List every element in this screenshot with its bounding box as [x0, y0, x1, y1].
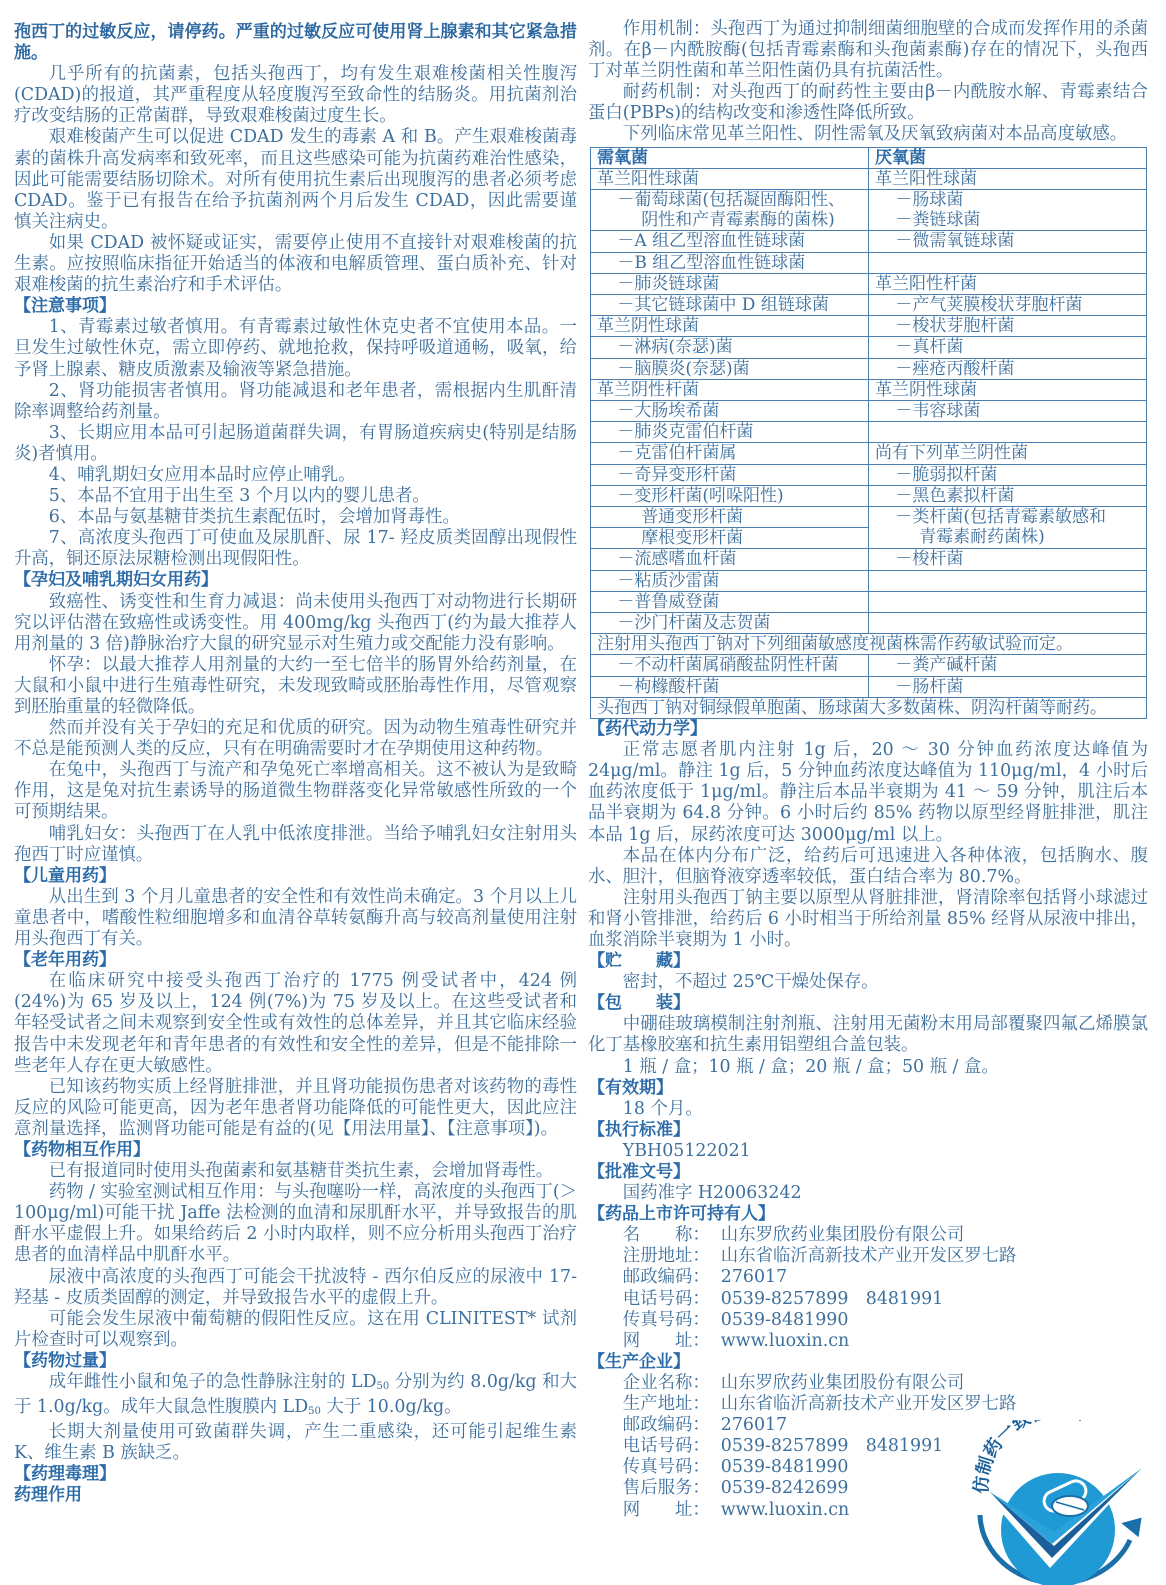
bacteria-name: 阴性和产青霉素酶的菌株) [597, 210, 868, 230]
right-column: 作用机制：头孢西丁为通过抑制细菌细胞壁的合成而发挥作用的杀菌剂。在β－内酰胺酶(… [588, 19, 1148, 1521]
anaerobe-cell: －肠球菌－粪链球菌 [869, 189, 1147, 230]
info-value: 山东罗欣药业集团股份有限公司 [721, 1225, 964, 1245]
resistance-paragraph: 耐药机制：对头孢西丁的耐药性主要由β－内酰胺水解、青霉素结合蛋白(PBPs)的结… [588, 82, 1148, 124]
standard-code: YBH05122021 [588, 1141, 1148, 1162]
variable-bacteria-cell: －肠杆菌 [869, 676, 1147, 697]
bacteria-name: －脑膜炎(奈瑟)菌 [597, 359, 868, 379]
table-row: －流感嗜血杆菌－梭杆菌 [591, 549, 1147, 570]
bacteria-name: －变形杆菌(吲哚阳性) [597, 486, 868, 506]
section-title-pediatric: 【儿童用药】 [14, 866, 577, 887]
bacteria-name: －韦容球菌 [875, 401, 1146, 421]
bacteria-name: －其它链球菌中 D 组链球菌 [597, 295, 868, 315]
precaution-item: 6、本品与氨基糖苷类抗生素配伍时，会增加肾毒性。 [14, 507, 577, 528]
bacteria-name: 尚有下列革兰阴性菌 [875, 443, 1146, 463]
info-row: 电话号码：0539-8257899 8481991 [588, 1289, 1148, 1310]
pregnancy-paragraph: 然而并没有关于孕妇的充足和优质的研究。因为动物生殖毒性研究并不总是能预测人类的反… [14, 718, 577, 760]
aerobe-cell: 革兰阴性球菌 [591, 316, 869, 337]
resistant-bacteria-note: 头孢西丁钠对铜绿假单胞菌、肠球菌大多数菌株、阴沟杆菌等耐药。 [591, 697, 1147, 718]
bacteria-name: 革兰阳性球菌 [875, 169, 1146, 189]
section-title-interactions: 【药物相互作用】 [14, 1140, 577, 1161]
table-row: －肺炎克雷伯杆菌 [591, 422, 1147, 443]
table-row: －粘质沙雷菌 [591, 570, 1147, 591]
table-row: －淋病(奈瑟)菌－真杆菌 [591, 337, 1147, 358]
info-value: 山东省临沂高新技术产业开发区罗七路 [721, 1394, 1017, 1414]
bacteria-name: 革兰阴性球菌 [875, 380, 1146, 400]
aerobe-cell: －B 组乙型溶血性链球菌 [591, 252, 869, 273]
overdose-paragraph: 成年雌性小鼠和兔子的急性静脉注射的 LD50 分别为约 8.0g/kg 和大于 … [14, 1372, 577, 1422]
bacteria-name: －粪产碱杆菌 [875, 655, 1146, 675]
table-row: －普鲁威登菌 [591, 591, 1147, 612]
aerobe-cell: －沙门杆菌及志贺菌 [591, 613, 869, 634]
table-row: －葡萄球菌(包括凝固酶阳性、阴性和产青霉素酶的菌株)－肠球菌－粪链球菌 [591, 189, 1147, 230]
info-value: 山东省临沂高新技术产业开发区罗七路 [721, 1246, 1017, 1266]
anaerobe-cell: －真杆菌 [869, 337, 1147, 358]
table-row: －脑膜炎(奈瑟)菌－痤疮丙酸杆菌 [591, 358, 1147, 379]
aerobe-cell: －脑膜炎(奈瑟)菌 [591, 358, 869, 379]
info-value: 山东罗欣药业集团股份有限公司 [721, 1373, 964, 1393]
bacteria-name: －产气荚膜梭状芽胞杆菌 [875, 295, 1146, 315]
geriatric-paragraph: 已知该药物实质上经肾脏排泄，并且肾功能损伤患者对该药物的毒性反应的风险可能更高，… [14, 1077, 577, 1140]
precaution-item: 2、肾功能损害者慎用。肾功能减退和老年患者，需根据内生肌酐清除率调整给药剂量。 [14, 381, 577, 423]
bacteria-name: －类杆菌(包括青霉素敏感和 [875, 507, 1146, 527]
aerobe-cell: －肺炎链球菌 [591, 273, 869, 294]
info-row: 注册地址：山东省临沂高新技术产业开发区罗七路 [588, 1246, 1148, 1267]
pregnancy-paragraph: 致癌性、诱变性和生育力减退：尚未使用头孢西丁对动物进行长期研究以评估潜在致癌性或… [14, 592, 577, 655]
anaerobe-cell: －韦容球菌 [869, 401, 1147, 422]
subsection-title-pharmacodynamics: 药理作用 [14, 1485, 577, 1506]
aerobe-cell: －A 组乙型溶血性链球菌 [591, 231, 869, 252]
anaerobe-cell: －类杆菌(包括青霉素敏感和青霉素耐药菌株) [869, 507, 1147, 549]
section-title-approval: 【批准文号】 [588, 1162, 1148, 1183]
table-row: 革兰阴性球菌－梭状芽胞杆菌 [591, 316, 1147, 337]
info-value: 0539-8481990 [721, 1457, 849, 1477]
info-value: 0539-8242699 [721, 1478, 849, 1498]
info-label: 注册地址： [623, 1246, 721, 1267]
pk-paragraph: 正常志愿者肌内注射 1g 后，20 ～ 30 分钟血药浓度达峰值为 24μg/m… [588, 740, 1148, 845]
overdose-text: 成年雌性小鼠和兔子的急性静脉注射的 LD [49, 1372, 377, 1392]
aerobe-cell: 摩根变形杆菌 [591, 528, 869, 549]
aerobe-cell: 革兰阳性球菌 [591, 168, 869, 189]
approval-number: 国药准字 H20063242 [588, 1183, 1148, 1204]
cdad-paragraph: 几乎所有的抗菌素，包括头孢西丁，均有发生艰难梭菌相关性腹泻(CDAD)的报道，其… [14, 64, 577, 127]
info-row: 传真号码：0539-8481990 [588, 1310, 1148, 1331]
precaution-item: 4、哺乳期妇女应用本品时应停止哺乳。 [14, 465, 577, 486]
table-row: －其它链球菌中 D 组链球菌－产气荚膜梭状芽胞杆菌 [591, 294, 1147, 315]
variable-bacteria-cell: －不动杆菌属硝酸盐阴性杆菌 [591, 655, 869, 676]
table-row: －B 组乙型溶血性链球菌 [591, 252, 1147, 273]
anaerobe-cell: 革兰阳性杆菌 [869, 273, 1147, 294]
left-column: 孢西丁的过敏反应，请停药。严重的过敏反应可使用肾上腺素和其它紧急措施。 几乎所有… [14, 22, 577, 1507]
info-row: 网 址：www.luoxin.cn [588, 1331, 1148, 1352]
info-label: 邮政编码： [623, 1267, 721, 1288]
section-title-packaging: 【包 装】 [588, 993, 1148, 1014]
table-row: 头孢西丁钠对铜绿假单胞菌、肠球菌大多数菌株、阴沟杆菌等耐药。 [591, 697, 1147, 718]
anaerobe-cell [869, 422, 1147, 443]
anaerobe-cell: －痤疮丙酸杆菌 [869, 358, 1147, 379]
pregnancy-paragraph: 哺乳妇女：头孢西丁在人乳中低浓度排泄。当给予哺乳妇女注射用头孢西丁时应谨慎。 [14, 824, 577, 866]
bacteria-name: －梭杆菌 [875, 549, 1146, 569]
precaution-item: 5、本品不宜用于出生至 3 个月以内的婴儿患者。 [14, 486, 577, 507]
section-title-geriatric: 【老年用药】 [14, 950, 577, 971]
info-row: 邮政编码：276017 [588, 1267, 1148, 1288]
precaution-item: 1、青霉素过敏者慎用。有青霉素过敏性休克史者不宜使用本品。一旦发生过敏性休克，需… [14, 317, 577, 380]
mah-info-list: 名 称：山东罗欣药业集团股份有限公司注册地址：山东省临沂高新技术产业开发区罗七路… [588, 1225, 1148, 1352]
info-value: 0539-8481990 [721, 1310, 849, 1330]
bacteria-name: －肠杆菌 [875, 677, 1146, 697]
generic-drug-consistency-evaluation-badge-icon: 仿制药一致性评价 [960, 1420, 1160, 1585]
section-title-precautions: 【注意事项】 [14, 296, 577, 317]
bacteria-name: －梭状芽胞杆菌 [875, 316, 1146, 336]
info-row: 名 称：山东罗欣药业集团股份有限公司 [588, 1225, 1148, 1246]
packaging-sizes: 1 瓶 / 盒；10 瓶 / 盒；20 瓶 / 盒；50 瓶 / 盒。 [588, 1057, 1148, 1078]
aerobe-cell: －粘质沙雷菌 [591, 570, 869, 591]
bacteria-name: －真杆菌 [875, 337, 1146, 357]
pk-paragraph: 本品在体内分布广泛，给药后可迅速进入各种体液，包括胸水、腹水、胆汁，但脑脊液穿透… [588, 846, 1148, 888]
overdose-text: 大于 10.0g/kg。 [321, 1397, 462, 1417]
bacteria-name: －肠球菌 [875, 190, 1146, 210]
aerobe-cell: －肺炎克雷伯杆菌 [591, 422, 869, 443]
bacteria-name: －枸橼酸杆菌 [597, 677, 868, 697]
section-title-mah: 【药品上市许可持有人】 [588, 1204, 1148, 1225]
bacteria-name: －微需氧链球菌 [875, 231, 1146, 251]
bacteria-name: －淋病(奈瑟)菌 [597, 337, 868, 357]
info-label: 电话号码： [623, 1436, 721, 1457]
bacteria-name: －A 组乙型溶血性链球菌 [597, 231, 868, 251]
info-label: 传真号码： [623, 1457, 721, 1478]
aerobe-cell: 革兰阴性杆菌 [591, 379, 869, 400]
aerobe-cell: －大肠埃希菌 [591, 401, 869, 422]
anaerobe-cell: －梭杆菌 [869, 549, 1147, 570]
aerobe-cell: 普通变形杆菌 [591, 507, 869, 528]
bacteria-name: －葡萄球菌(包括凝固酶阳性、 [597, 190, 868, 210]
aerobe-cell: －其它链球菌中 D 组链球菌 [591, 294, 869, 315]
section-title-pregnancy: 【孕妇及哺乳期妇女用药】 [14, 570, 577, 591]
anaerobe-cell: －脆弱拟杆菌 [869, 464, 1147, 485]
interaction-paragraph: 尿液中高浓度的头孢西丁可能会干扰波特 - 西尔伯反应的尿液中 17- 羟基 - … [14, 1267, 577, 1309]
allergy-warning: 孢西丁的过敏反应，请停药。严重的过敏反应可使用肾上腺素和其它紧急措施。 [14, 22, 577, 64]
table-row: 革兰阳性球菌革兰阳性球菌 [591, 168, 1147, 189]
variable-bacteria-cell: －枸橼酸杆菌 [591, 676, 869, 697]
bacteria-name: －黑色素拟杆菌 [875, 486, 1146, 506]
anaerobe-cell: －产气荚膜梭状芽胞杆菌 [869, 294, 1147, 315]
bacteria-name: 摩根变形杆菌 [597, 528, 868, 548]
section-title-shelf-life: 【有效期】 [588, 1078, 1148, 1099]
ld50-subscript: 50 [377, 1381, 390, 1392]
geriatric-paragraph: 在临床研究中接受头孢西丁治疗的 1775 例受试者中，424 例(24%)为 6… [14, 971, 577, 1076]
bacteria-name: －不动杆菌属硝酸盐阴性杆菌 [597, 655, 868, 675]
aerobe-cell: －流感嗜血杆菌 [591, 549, 869, 570]
interaction-paragraph: 已有报道同时使用头孢菌素和氨基糖苷类抗生素，会增加肾毒性。 [14, 1161, 577, 1182]
bacteria-name: －普鲁威登菌 [597, 592, 868, 612]
table-row: 革兰阴性杆菌革兰阴性球菌 [591, 379, 1147, 400]
interaction-paragraph: 可能会发生尿液中葡萄糖的假阳性反应。这在用 CLINITEST* 试剂片检查时可… [14, 1309, 577, 1351]
aerobe-cell: －奇异变形杆菌 [591, 464, 869, 485]
anaerobe-cell: 革兰阳性球菌 [869, 168, 1147, 189]
info-label: 企业名称： [623, 1373, 721, 1394]
bacteria-name: －奇异变形杆菌 [597, 465, 868, 485]
bacteria-name: －大肠埃希菌 [597, 401, 868, 421]
variable-bacteria-cell: －粪产碱杆菌 [869, 655, 1147, 676]
overdose-paragraph: 长期大剂量使用可致菌群失调，产生二重感染，还可能引起维生素 K、维生素 B 族缺… [14, 1422, 577, 1464]
info-value: www.luoxin.cn [721, 1331, 849, 1351]
info-label: 售后服务： [623, 1478, 721, 1499]
bacteria-name: －粘质沙雷菌 [597, 571, 868, 591]
cdad-paragraph: 艰难梭菌产生可以促进 CDAD 发生的毒素 A 和 B。产生艰难梭菌毒素的菌株升… [14, 127, 577, 232]
section-title-pharmacology: 【药理毒理】 [14, 1464, 577, 1485]
anaerobe-cell: －黑色素拟杆菌 [869, 485, 1147, 506]
info-value: www.luoxin.cn [721, 1500, 849, 1520]
susceptibility-intro: 下列临床常见革兰阳性、阴性需氧及厌氧致病菌对本品高度敏感。 [588, 124, 1148, 145]
aerobe-cell: －克雷伯杆菌属 [591, 443, 869, 464]
info-label: 生产地址： [623, 1394, 721, 1415]
anaerobe-cell [869, 570, 1147, 591]
cdad-paragraph: 如果 CDAD 被怀疑或证实，需要停止使用不直接针对艰难梭菌的抗生素。应按照临床… [14, 233, 577, 296]
pediatric-paragraph: 从出生到 3 个月儿童患者的安全性和有效性尚未确定。3 个月以上儿童患者中，嗜酸… [14, 887, 577, 950]
info-label: 网 址： [623, 1500, 721, 1521]
section-title-standard: 【执行标准】 [588, 1120, 1148, 1141]
pk-paragraph: 注射用头孢西丁钠主要以原型从肾脏排泄，肾清除率包括肾小球滤过和肾小管排泄，给药后… [588, 888, 1148, 951]
table-row: －枸橼酸杆菌－肠杆菌 [591, 676, 1147, 697]
bacteria-susceptibility-table: 需氧菌 厌氧菌 革兰阳性球菌革兰阳性球菌－葡萄球菌(包括凝固酶阳性、阴性和产青霉… [590, 147, 1147, 719]
variable-susceptibility-note: 注射用头孢西丁钠对下列细菌敏感度视菌株需作药敏试验而定。 [591, 634, 1147, 655]
packaging-text: 中硼硅玻璃模制注射剂瓶、注射用无菌粉末用局部覆聚四氟乙烯膜氯化丁基橡胶塞和抗生素… [588, 1014, 1148, 1056]
bacteria-name: 革兰阳性杆菌 [875, 274, 1146, 294]
anaerobe-cell [869, 252, 1147, 273]
bacteria-name: 革兰阳性球菌 [597, 169, 868, 189]
table-row: －克雷伯杆菌属尚有下列革兰阴性菌 [591, 443, 1147, 464]
table-row: －奇异变形杆菌－脆弱拟杆菌 [591, 464, 1147, 485]
bacteria-name: 青霉素耐药菌株) [875, 527, 1146, 547]
info-label: 名 称： [623, 1225, 721, 1246]
pregnancy-paragraph: 怀孕：以最大推荐人用剂量的大约一至七倍半的肠胃外给药剂量，在大鼠和小鼠中进行生殖… [14, 655, 577, 718]
table-row: －A 组乙型溶血性链球菌－微需氧链球菌 [591, 231, 1147, 252]
bacteria-name: 普通变形杆菌 [597, 507, 868, 527]
anaerobe-cell: －微需氧链球菌 [869, 231, 1147, 252]
bacteria-name: －克雷伯杆菌属 [597, 443, 868, 463]
bacteria-name: －流感嗜血杆菌 [597, 549, 868, 569]
table-row: －肺炎链球菌革兰阳性杆菌 [591, 273, 1147, 294]
aerobe-cell: －淋病(奈瑟)菌 [591, 337, 869, 358]
aerobe-cell: －普鲁威登菌 [591, 591, 869, 612]
bacteria-name: －沙门杆菌及志贺菌 [597, 613, 868, 633]
table-row: －沙门杆菌及志贺菌 [591, 613, 1147, 634]
info-label: 电话号码： [623, 1289, 721, 1310]
bacteria-name: －B 组乙型溶血性链球菌 [597, 253, 868, 273]
bacteria-name: －痤疮丙酸杆菌 [875, 359, 1146, 379]
precaution-item: 7、高浓度头孢西丁可使血及尿肌酐、尿 17- 羟皮质类固醇出现假性升高，铜还原法… [14, 528, 577, 570]
bacteria-name: 革兰阴性球菌 [597, 316, 868, 336]
bacteria-name: －肺炎克雷伯杆菌 [597, 422, 868, 442]
bacteria-name: －粪链球菌 [875, 210, 1146, 230]
section-title-manufacturer: 【生产企业】 [588, 1352, 1148, 1373]
interaction-paragraph: 药物 / 实验室测试相互作用：与头孢噻吩一样，高浓度的头孢西丁(＞100μg/m… [14, 1182, 577, 1266]
section-title-overdose: 【药物过量】 [14, 1351, 577, 1372]
storage-text: 密封，不超过 25℃干燥处保存。 [588, 972, 1148, 993]
bacteria-name: －脆弱拟杆菌 [875, 465, 1146, 485]
table-row: 普通变形杆菌－类杆菌(包括青霉素敏感和青霉素耐药菌株) [591, 507, 1147, 528]
info-row: 企业名称：山东罗欣药业集团股份有限公司 [588, 1373, 1148, 1394]
anaerobe-cell: 革兰阴性球菌 [869, 379, 1147, 400]
pregnancy-paragraph: 在兔中，头孢西丁与流产和孕兔死亡率增高相关。这不被认为是致畸作用，这是兔对抗生素… [14, 760, 577, 823]
anaerobe-cell: 尚有下列革兰阴性菌 [869, 443, 1147, 464]
column-header-aerobes: 需氧菌 [591, 147, 869, 168]
info-label: 传真号码： [623, 1310, 721, 1331]
anaerobe-cell: －梭状芽胞杆菌 [869, 316, 1147, 337]
mechanism-paragraph: 作用机制：头孢西丁为通过抑制细菌细胞壁的合成而发挥作用的杀菌剂。在β－内酰胺酶(… [588, 19, 1148, 82]
table-header-row: 需氧菌 厌氧菌 [591, 147, 1147, 168]
bacteria-name: 革兰阴性杆菌 [597, 380, 868, 400]
info-label: 邮政编码： [623, 1415, 721, 1436]
shelf-life-text: 18 个月。 [588, 1099, 1148, 1120]
anaerobe-cell [869, 613, 1147, 634]
bacteria-table-body: 需氧菌 厌氧菌 革兰阳性球菌革兰阳性球菌－葡萄球菌(包括凝固酶阳性、阴性和产青霉… [591, 147, 1147, 718]
column-header-anaerobes: 厌氧菌 [869, 147, 1147, 168]
table-row: －不动杆菌属硝酸盐阴性杆菌－粪产碱杆菌 [591, 655, 1147, 676]
section-title-storage: 【贮 藏】 [588, 951, 1148, 972]
table-row: 注射用头孢西丁钠对下列细菌敏感度视菌株需作药敏试验而定。 [591, 634, 1147, 655]
info-value: 276017 [721, 1415, 787, 1435]
section-title-pharmacokinetics: 【药代动力学】 [588, 719, 1148, 740]
info-value: 0539-8257899 8481991 [721, 1289, 943, 1309]
precaution-item: 3、长期应用本品可引起肠道菌群失调，有胃肠道疾病史(特别是结肠炎)者慎用。 [14, 423, 577, 465]
table-row: －变形杆菌(吲哚阳性)－黑色素拟杆菌 [591, 485, 1147, 506]
aerobe-cell: －变形杆菌(吲哚阳性) [591, 485, 869, 506]
table-row: －大肠埃希菌－韦容球菌 [591, 401, 1147, 422]
info-row: 生产地址：山东省临沂高新技术产业开发区罗七路 [588, 1394, 1148, 1415]
info-label: 网 址： [623, 1331, 721, 1352]
info-value: 276017 [721, 1267, 787, 1287]
bacteria-name: －肺炎链球菌 [597, 274, 868, 294]
info-value: 0539-8257899 8481991 [721, 1436, 943, 1456]
aerobe-cell: －葡萄球菌(包括凝固酶阳性、阴性和产青霉素酶的菌株) [591, 189, 869, 230]
ld50-subscript: 50 [308, 1406, 321, 1417]
anaerobe-cell [869, 591, 1147, 612]
